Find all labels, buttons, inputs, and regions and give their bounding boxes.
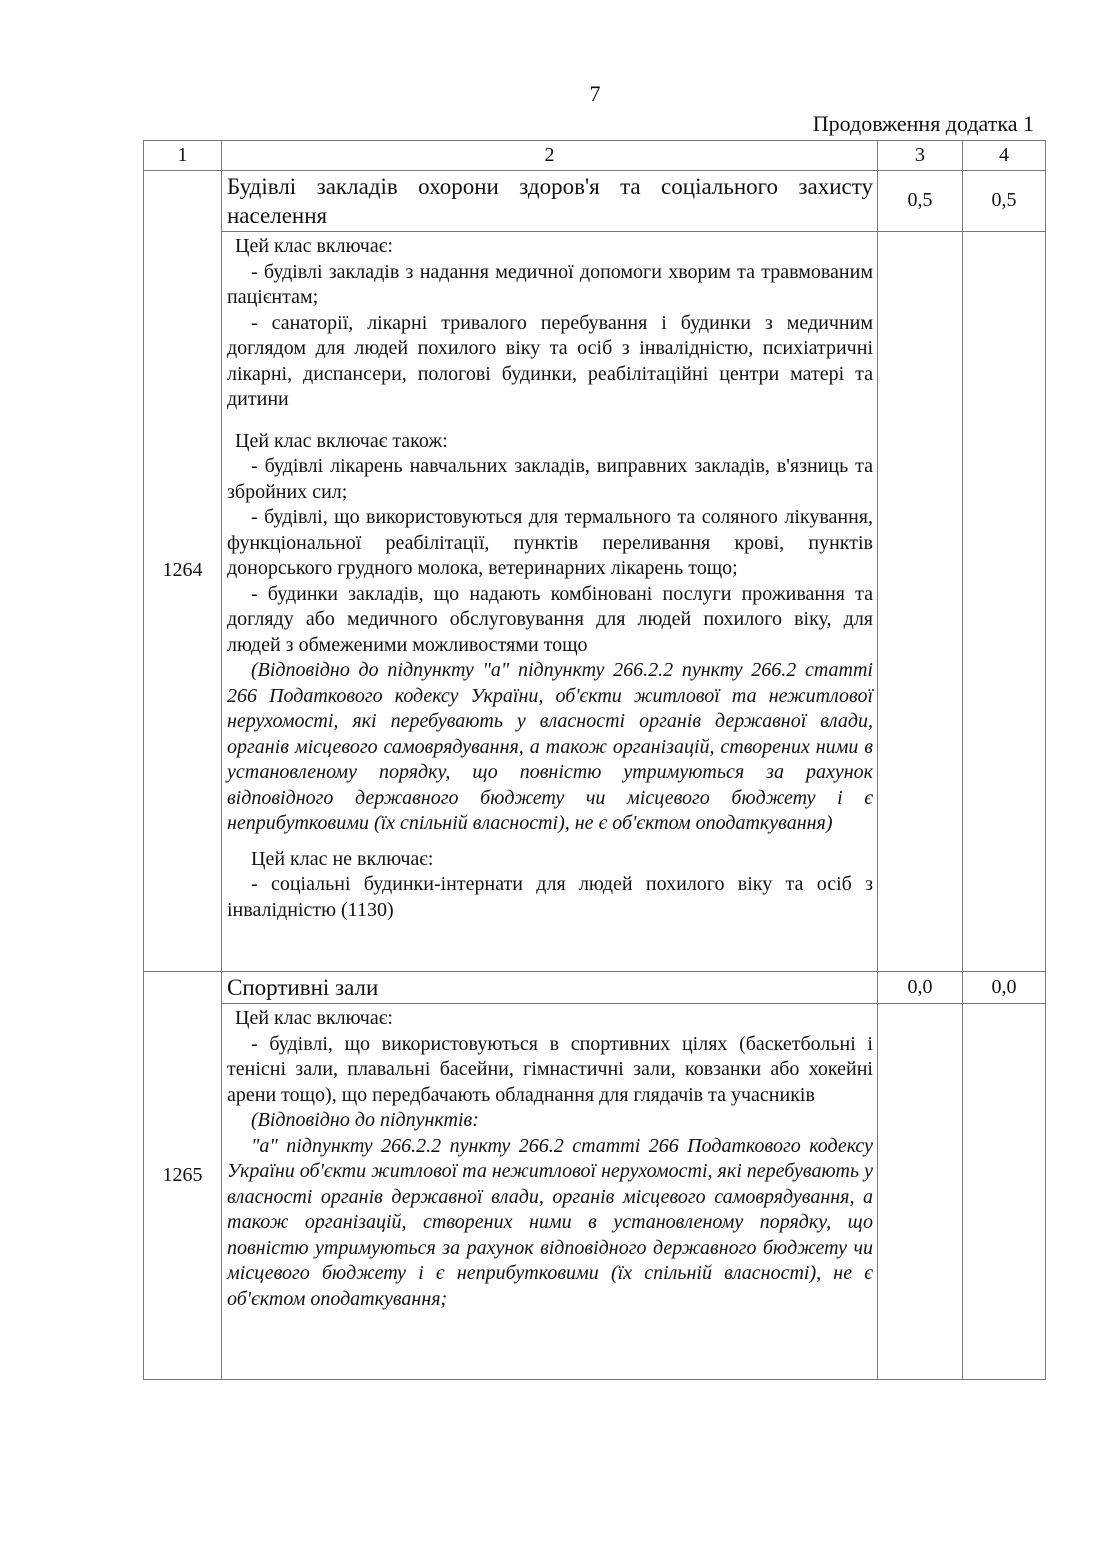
also-includes-heading: Цей клас включає також:	[227, 429, 873, 455]
also-includes-item: - будівлі лікарень навчальних закладів, …	[227, 454, 873, 505]
excludes-heading: Цей клас не включає:	[227, 847, 873, 873]
row-description: Цей клас включає: - будівлі закладів з н…	[222, 232, 878, 972]
appendix-continuation-label: Продовження додатка 1	[813, 110, 1034, 138]
empty-cell	[878, 232, 963, 972]
also-includes-item: - будинки закладів, що надають комбінова…	[227, 582, 873, 659]
header-col-4: 4	[963, 141, 1046, 171]
legal-note: "а" підпункту 266.2.2 пункту 266.2 статт…	[227, 1134, 873, 1313]
empty-cell	[963, 1004, 1046, 1380]
table-row-description: Цей клас включає: - будівлі закладів з н…	[144, 232, 1046, 972]
row-description: Цей клас включає: - будівлі, що використ…	[222, 1004, 878, 1380]
row-code: 1264	[144, 171, 222, 972]
header-col-3: 3	[878, 141, 963, 171]
includes-item: - будівлі закладів з надання медичної до…	[227, 260, 873, 311]
includes-heading: Цей клас включає:	[227, 234, 873, 260]
table-header-row: 1 2 3 4	[144, 141, 1046, 171]
row-code: 1265	[144, 972, 222, 1380]
includes-heading: Цей клас включає:	[227, 1006, 873, 1032]
classification-table: 1 2 3 4 1264 Будівлі закладів охорони зд…	[143, 140, 1046, 1380]
table-row: 1264 Будівлі закладів охорони здоров'я т…	[144, 171, 1046, 232]
row-value-col4: 0,5	[963, 171, 1046, 232]
table-row: 1265 Спортивні зали 0,0 0,0	[144, 972, 1046, 1004]
legal-note: (Відповідно до підпункту "а" підпункту 2…	[227, 658, 873, 837]
includes-item: - санаторії, лікарні тривалого перебуван…	[227, 311, 873, 413]
row-title: Спортивні зали	[222, 972, 878, 1004]
empty-cell	[963, 232, 1046, 972]
row-title: Будівлі закладів охорони здоров'я та соц…	[222, 171, 878, 232]
row-value-col3: 0,0	[878, 972, 963, 1004]
excludes-item: - соціальні будинки-інтернати для людей …	[227, 872, 873, 923]
header-col-2: 2	[222, 141, 878, 171]
also-includes-item: - будівлі, що використовуються для терма…	[227, 505, 873, 582]
row-value-col3: 0,5	[878, 171, 963, 232]
includes-item: - будівлі, що використовуються в спортив…	[227, 1032, 873, 1109]
page-number: 7	[0, 80, 1100, 108]
legal-note-heading: (Відповідно до підпунктів:	[227, 1108, 873, 1134]
row-value-col4: 0,0	[963, 972, 1046, 1004]
empty-cell	[878, 1004, 963, 1380]
table-row-description: Цей клас включає: - будівлі, що використ…	[144, 1004, 1046, 1380]
header-col-1: 1	[144, 141, 222, 171]
